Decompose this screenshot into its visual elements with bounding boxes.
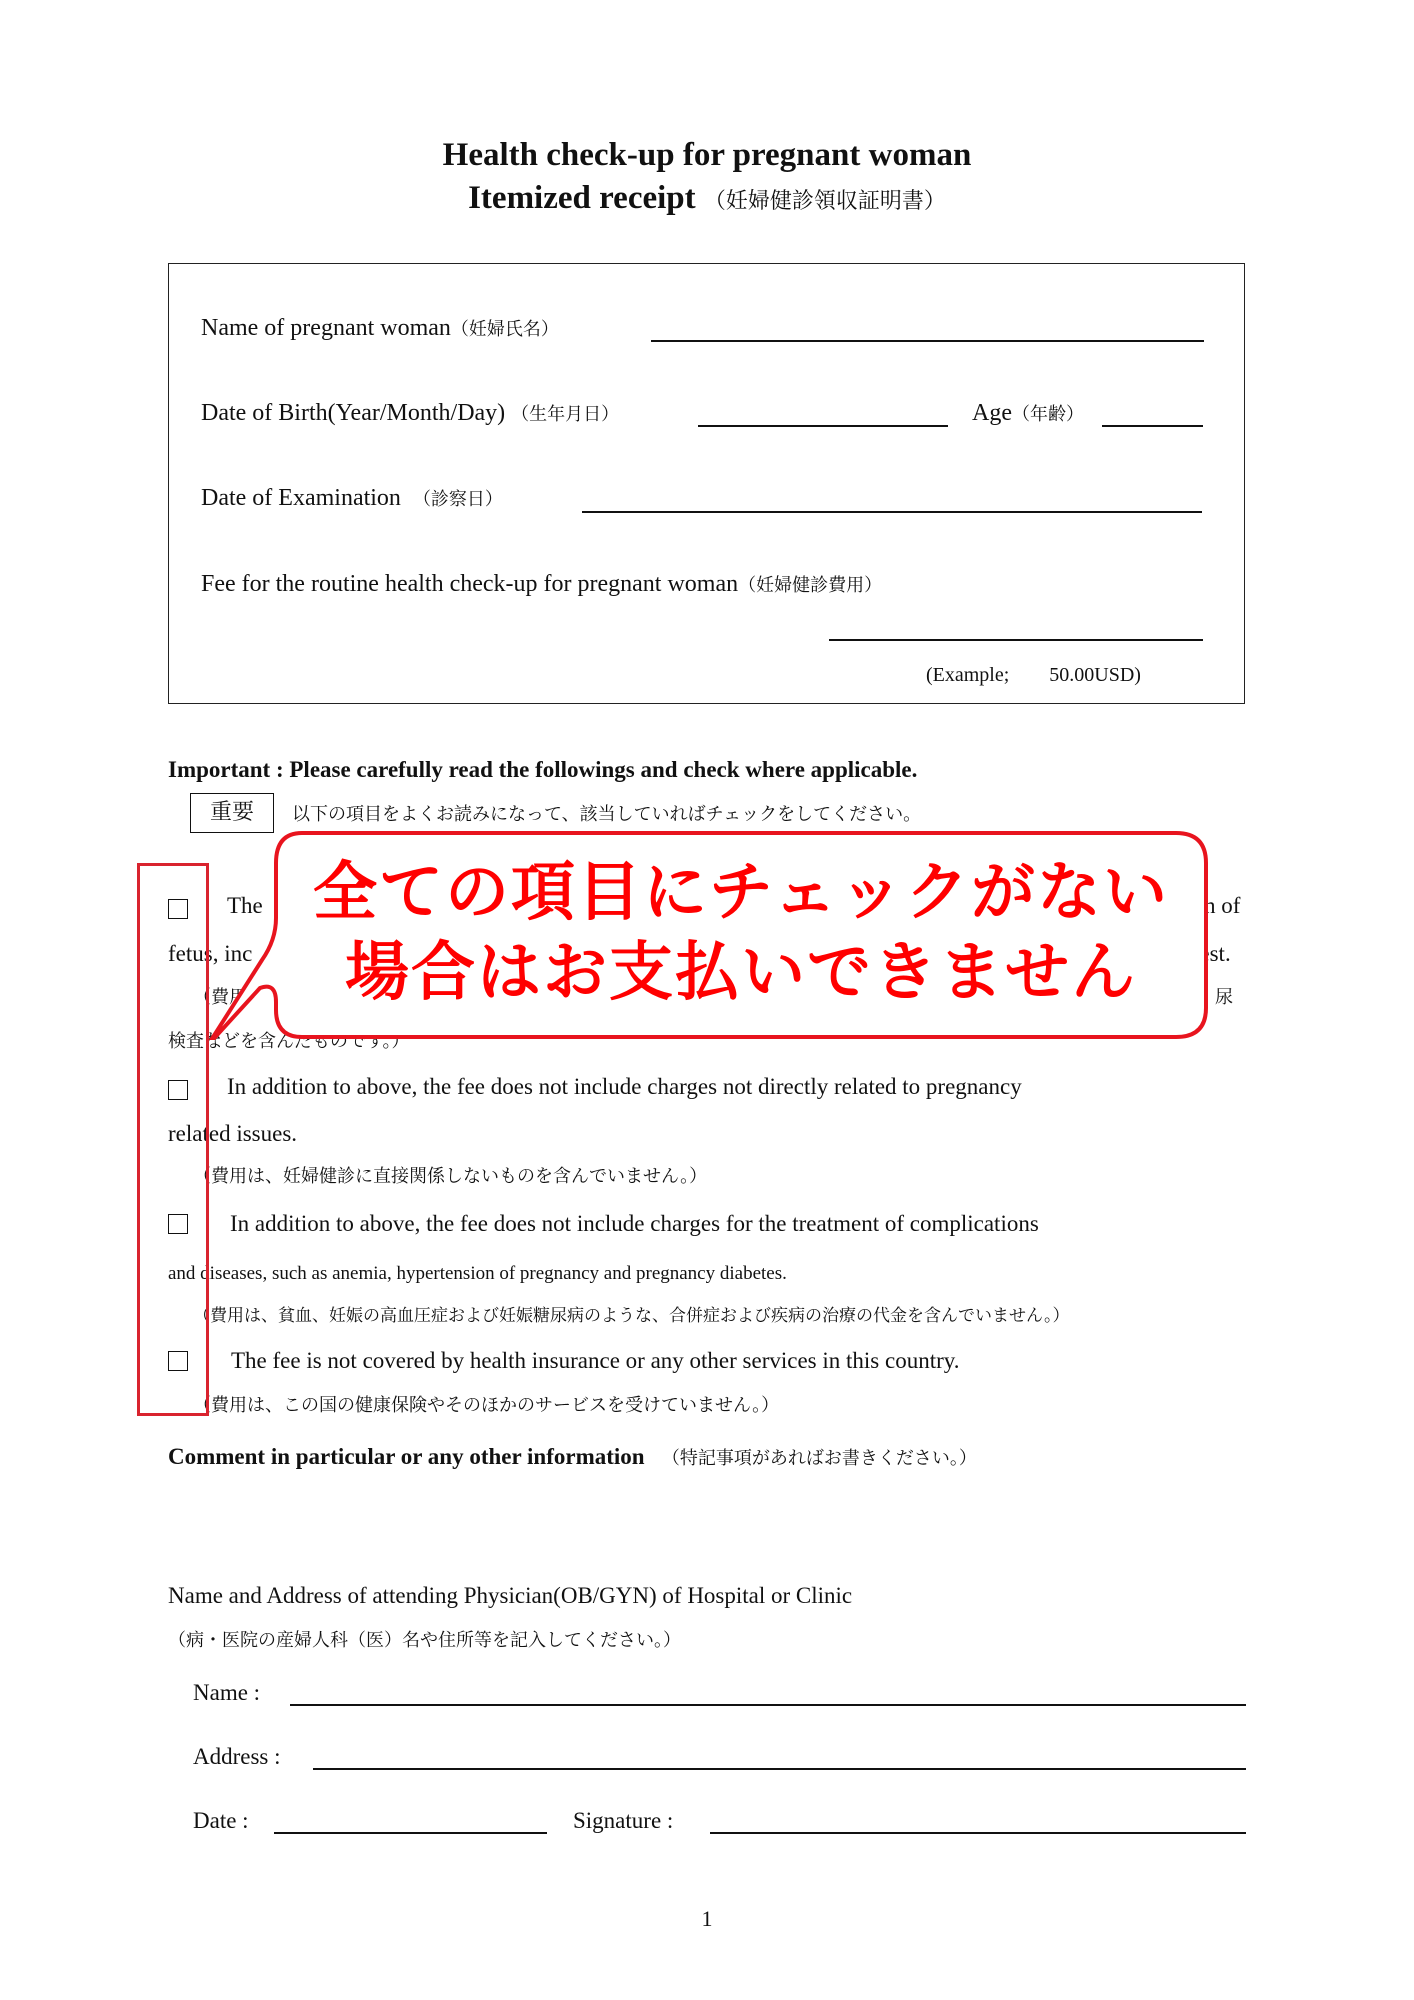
dob-field[interactable]: [698, 425, 948, 427]
subtitle-jp: （妊婦健診領収証明書）: [704, 189, 946, 214]
important-instruction-jp: 以下の項目をよくお読みになって、該当していればチェックをしてください。: [292, 800, 921, 826]
signature-label: Signature :: [573, 1808, 673, 1834]
dob-label: Date of Birth(Year/Month/Day) （生年月日）: [201, 400, 619, 427]
physician-address-field[interactable]: [313, 1768, 1246, 1770]
physician-heading: Name and Address of attending Physician(…: [168, 1583, 852, 1609]
callout-message: 全ての項目にチェックがない 場合はお支払いできません: [276, 853, 1206, 1013]
date-field[interactable]: [274, 1832, 547, 1834]
item-4-line1: The fee is not covered by health insuran…: [231, 1348, 960, 1374]
date-label: Date :: [193, 1808, 249, 1834]
fee-example: (Example; 50.00USD): [926, 658, 1141, 687]
subtitle-en: Itemized receipt: [468, 180, 696, 216]
important-heading: Important : Please carefully read the fo…: [168, 757, 917, 783]
name-label: Name of pregnant woman（妊婦氏名）: [201, 315, 559, 342]
physician-name-field[interactable]: [290, 1704, 1246, 1706]
physician-heading-jp: （病・医院の産婦人科（医）名や住所等を記入してください。）: [168, 1626, 681, 1652]
fee-field[interactable]: [829, 639, 1203, 641]
important-badge: 重要: [190, 793, 274, 833]
page-number: 1: [0, 1906, 1414, 1932]
fee-label: Fee for the routine health check-up for …: [201, 571, 882, 598]
comment-area[interactable]: [168, 1490, 1245, 1580]
item-2-line1: In addition to above, the fee does not i…: [227, 1074, 1022, 1100]
callout-line-2: 場合はお支払いできません: [276, 933, 1206, 1013]
physician-name-label: Name :: [193, 1680, 260, 1706]
comment-heading: Comment in particular or any other infor…: [168, 1444, 977, 1470]
document-subtitle: Itemized receipt （妊婦健診領収証明書）: [0, 180, 1414, 217]
exam-date-label: Date of Examination （診察日）: [201, 485, 503, 512]
item-2-jp: （費用は、妊婦健診に直接関係しないものを含んでいません。）: [193, 1162, 707, 1188]
age-field[interactable]: [1102, 425, 1203, 427]
item-3-line2: and diseases, such as anemia, hypertensi…: [168, 1263, 787, 1285]
document-title: Health check-up for pregnant woman: [0, 137, 1414, 174]
signature-field[interactable]: [710, 1832, 1246, 1834]
name-field[interactable]: [651, 340, 1204, 342]
physician-address-label: Address :: [193, 1744, 281, 1770]
item-3-line1: In addition to above, the fee does not i…: [230, 1211, 1039, 1237]
item-3-jp: （費用は、貧血、妊娠の高血圧症および妊娠糖尿病のような、合併症および疾病の治療の…: [193, 1301, 1070, 1326]
age-label: Age（年齢）: [972, 400, 1084, 427]
callout-line-1: 全ての項目にチェックがない: [276, 853, 1206, 933]
item-4-jp: （費用は、この国の健康保険やそのほかのサービスを受けていません。）: [193, 1391, 779, 1417]
exam-date-field[interactable]: [582, 511, 1202, 513]
